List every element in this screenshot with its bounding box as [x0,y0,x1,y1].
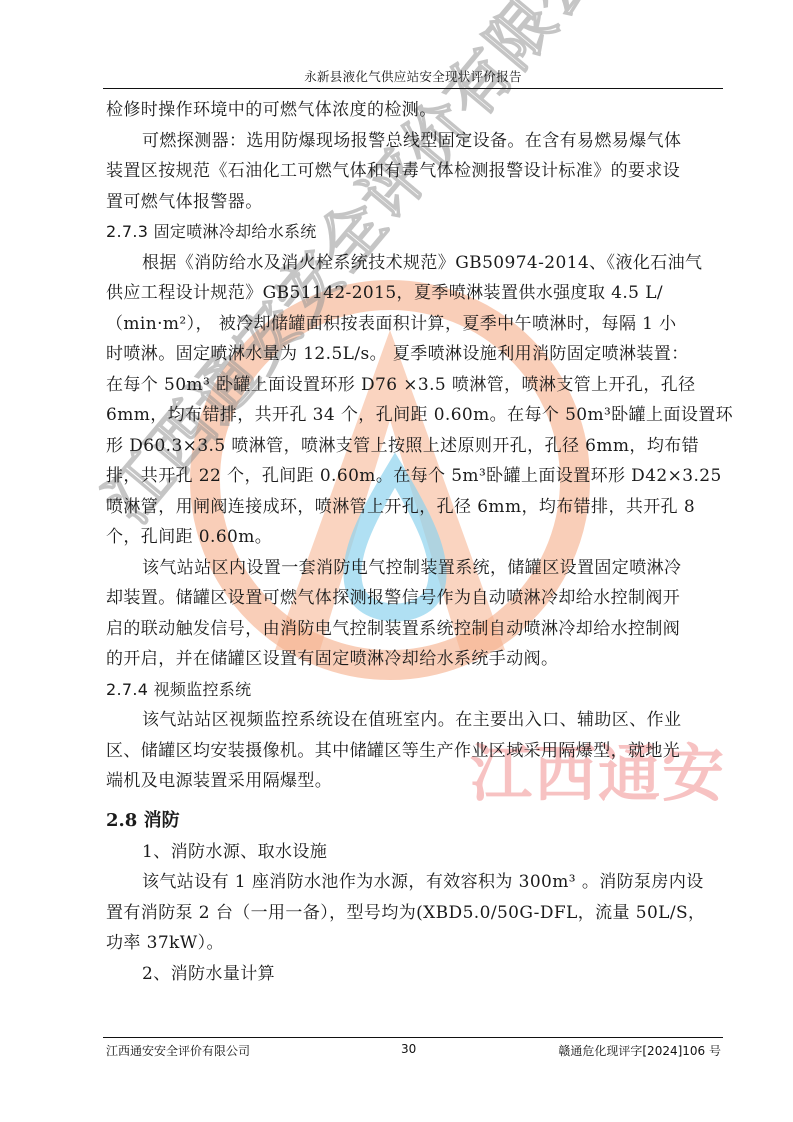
paragraph-line: 排，共开孔 22 个，孔间距 0.60m。在每个 5m³卧罐上面设置环形 D42… [106,461,720,492]
list-item-water-calculation: 2、消防水量计算 [106,959,720,990]
paragraph-line: 置可燃气体报警器。 [106,187,720,218]
paragraph-line: （min·m²）， 被冷却储罐面积按表面积计算，夏季中午喷淋时，每隔 1 小 [106,309,720,340]
paragraph-line: 在每个 50m³ 卧罐上面设置环形 D76 ×3.5 喷淋管，喷淋支管上开孔，孔… [106,370,720,401]
paragraph-line: 根据《消防给水及消火栓系统技术规范》GB50974-2014、《液化石油气 [106,248,720,279]
document-body: 检修时操作环境中的可燃气体浓度的检测。 可燃探测器：选用防爆现场报警总线型固定设… [106,95,720,989]
page-footer: 江西通安安全评价有限公司 30 赣通危化现评字[2024]106 号 [103,1037,723,1038]
paragraph-line: 却装置。储罐区设置可燃气体探测报警信号作为自动喷淋冷却给水控制阀开 [106,583,720,614]
paragraph-line: 启的联动触发信号，由消防电气控制装置系统控制自动喷淋冷却给水控制阀 [106,614,720,645]
page-header: 永新县液化气供应站安全现状评价报告 [103,66,723,89]
section-heading-2-7-3: 2.7.3 固定喷淋冷却给水系统 [106,217,720,248]
paragraph-video-monitoring: 该气站站区视频监控系统设在值班室内。在主要出入口、辅助区、作业 区、储罐区均安装… [106,705,720,797]
paragraph-line: 该气站设有 1 座消防水池作为水源，有效容积为 300m³ 。消防泵房内设 [106,867,720,898]
paragraph-line: 该气站站区内设置一套消防电气控制装置系统，储罐区设置固定喷淋冷 [106,553,720,584]
document-number: 赣通危化现评字[2024]106 号 [558,1042,721,1059]
paragraph-line: 区、储罐区均安装摄像机。其中储罐区等生产作业区域采用隔爆型，就地光 [106,736,720,767]
paragraph-line: 的开启，并在储罐区设置有固定喷淋冷却给水系统手动阀。 [106,644,720,675]
paragraph-electrical-control: 该气站站区内设置一套消防电气控制装置系统，储罐区设置固定喷淋冷 却装置。储罐区设… [106,553,720,675]
paragraph-line: 时喷淋。固定喷淋水量为 12.5L/s。 夏季喷淋设施利用消防固定喷淋装置： [106,339,720,370]
paragraph-line: 形 D60.3×3.5 喷淋管，喷淋支管上按照上述原则开孔，孔径 6mm，均布错 [106,431,720,462]
document-page: 江西通安安全评价有限公司 江西通安 永新县液化气供应站安全现状评价报告 检修时操… [0,0,793,1122]
paragraph-line: 置有消防泵 2 台（一用一备），型号均为(XBD5.0/50G-DFL，流量 5… [106,898,720,929]
paragraph-line: 功率 37kW）。 [106,928,720,959]
paragraph-combustible-detector: 可燃探测器：选用防爆现场报警总线型固定设备。在含有易燃易爆气体 装置区按规范《石… [106,126,720,218]
paragraph-line: 装置区按规范《石油化工可燃气体和有毒气体检测报警设计标准》的要求设 [106,156,720,187]
paragraph-line: 6mm，均布错排，共开孔 34 个，孔间距 0.60m。在每个 50m³卧罐上面… [106,400,720,431]
paragraph-line: 端机及电源装置采用隔爆型。 [106,766,720,797]
paragraph-line: 检修时操作环境中的可燃气体浓度的检测。 [106,95,720,126]
paragraph-line: 个，孔间距 0.60m。 [106,522,720,553]
report-title: 永新县液化气供应站安全现状评价报告 [103,67,723,85]
paragraph-line: 喷淋管，用闸阀连接成环，喷淋管上开孔，孔径 6mm，均布错排，共开孔 8 [106,492,720,523]
section-heading-2-7-4: 2.7.4 视频监控系统 [106,675,720,706]
paragraph-line: 可燃探测器：选用防爆现场报警总线型固定设备。在含有易燃易爆气体 [106,126,720,157]
section-heading-2-8: 2.8 消防 [106,805,720,837]
paragraph-line: 供应工程设计规范》GB51142-2015，夏季喷淋装置供水强度取 4.5 L/ [106,278,720,309]
footer-company: 江西通安安全评价有限公司 [106,1042,250,1059]
paragraph-line: 该气站站区视频监控系统设在值班室内。在主要出入口、辅助区、作业 [106,705,720,736]
paragraph-fire-water: 该气站设有 1 座消防水池作为水源，有效容积为 300m³ 。消防泵房内设 置有… [106,867,720,959]
page-number: 30 [401,1042,416,1056]
paragraph-spray-cooling: 根据《消防给水及消火栓系统技术规范》GB50974-2014、《液化石油气 供应… [106,248,720,553]
list-item-water-source: 1、消防水源、取水设施 [106,837,720,868]
